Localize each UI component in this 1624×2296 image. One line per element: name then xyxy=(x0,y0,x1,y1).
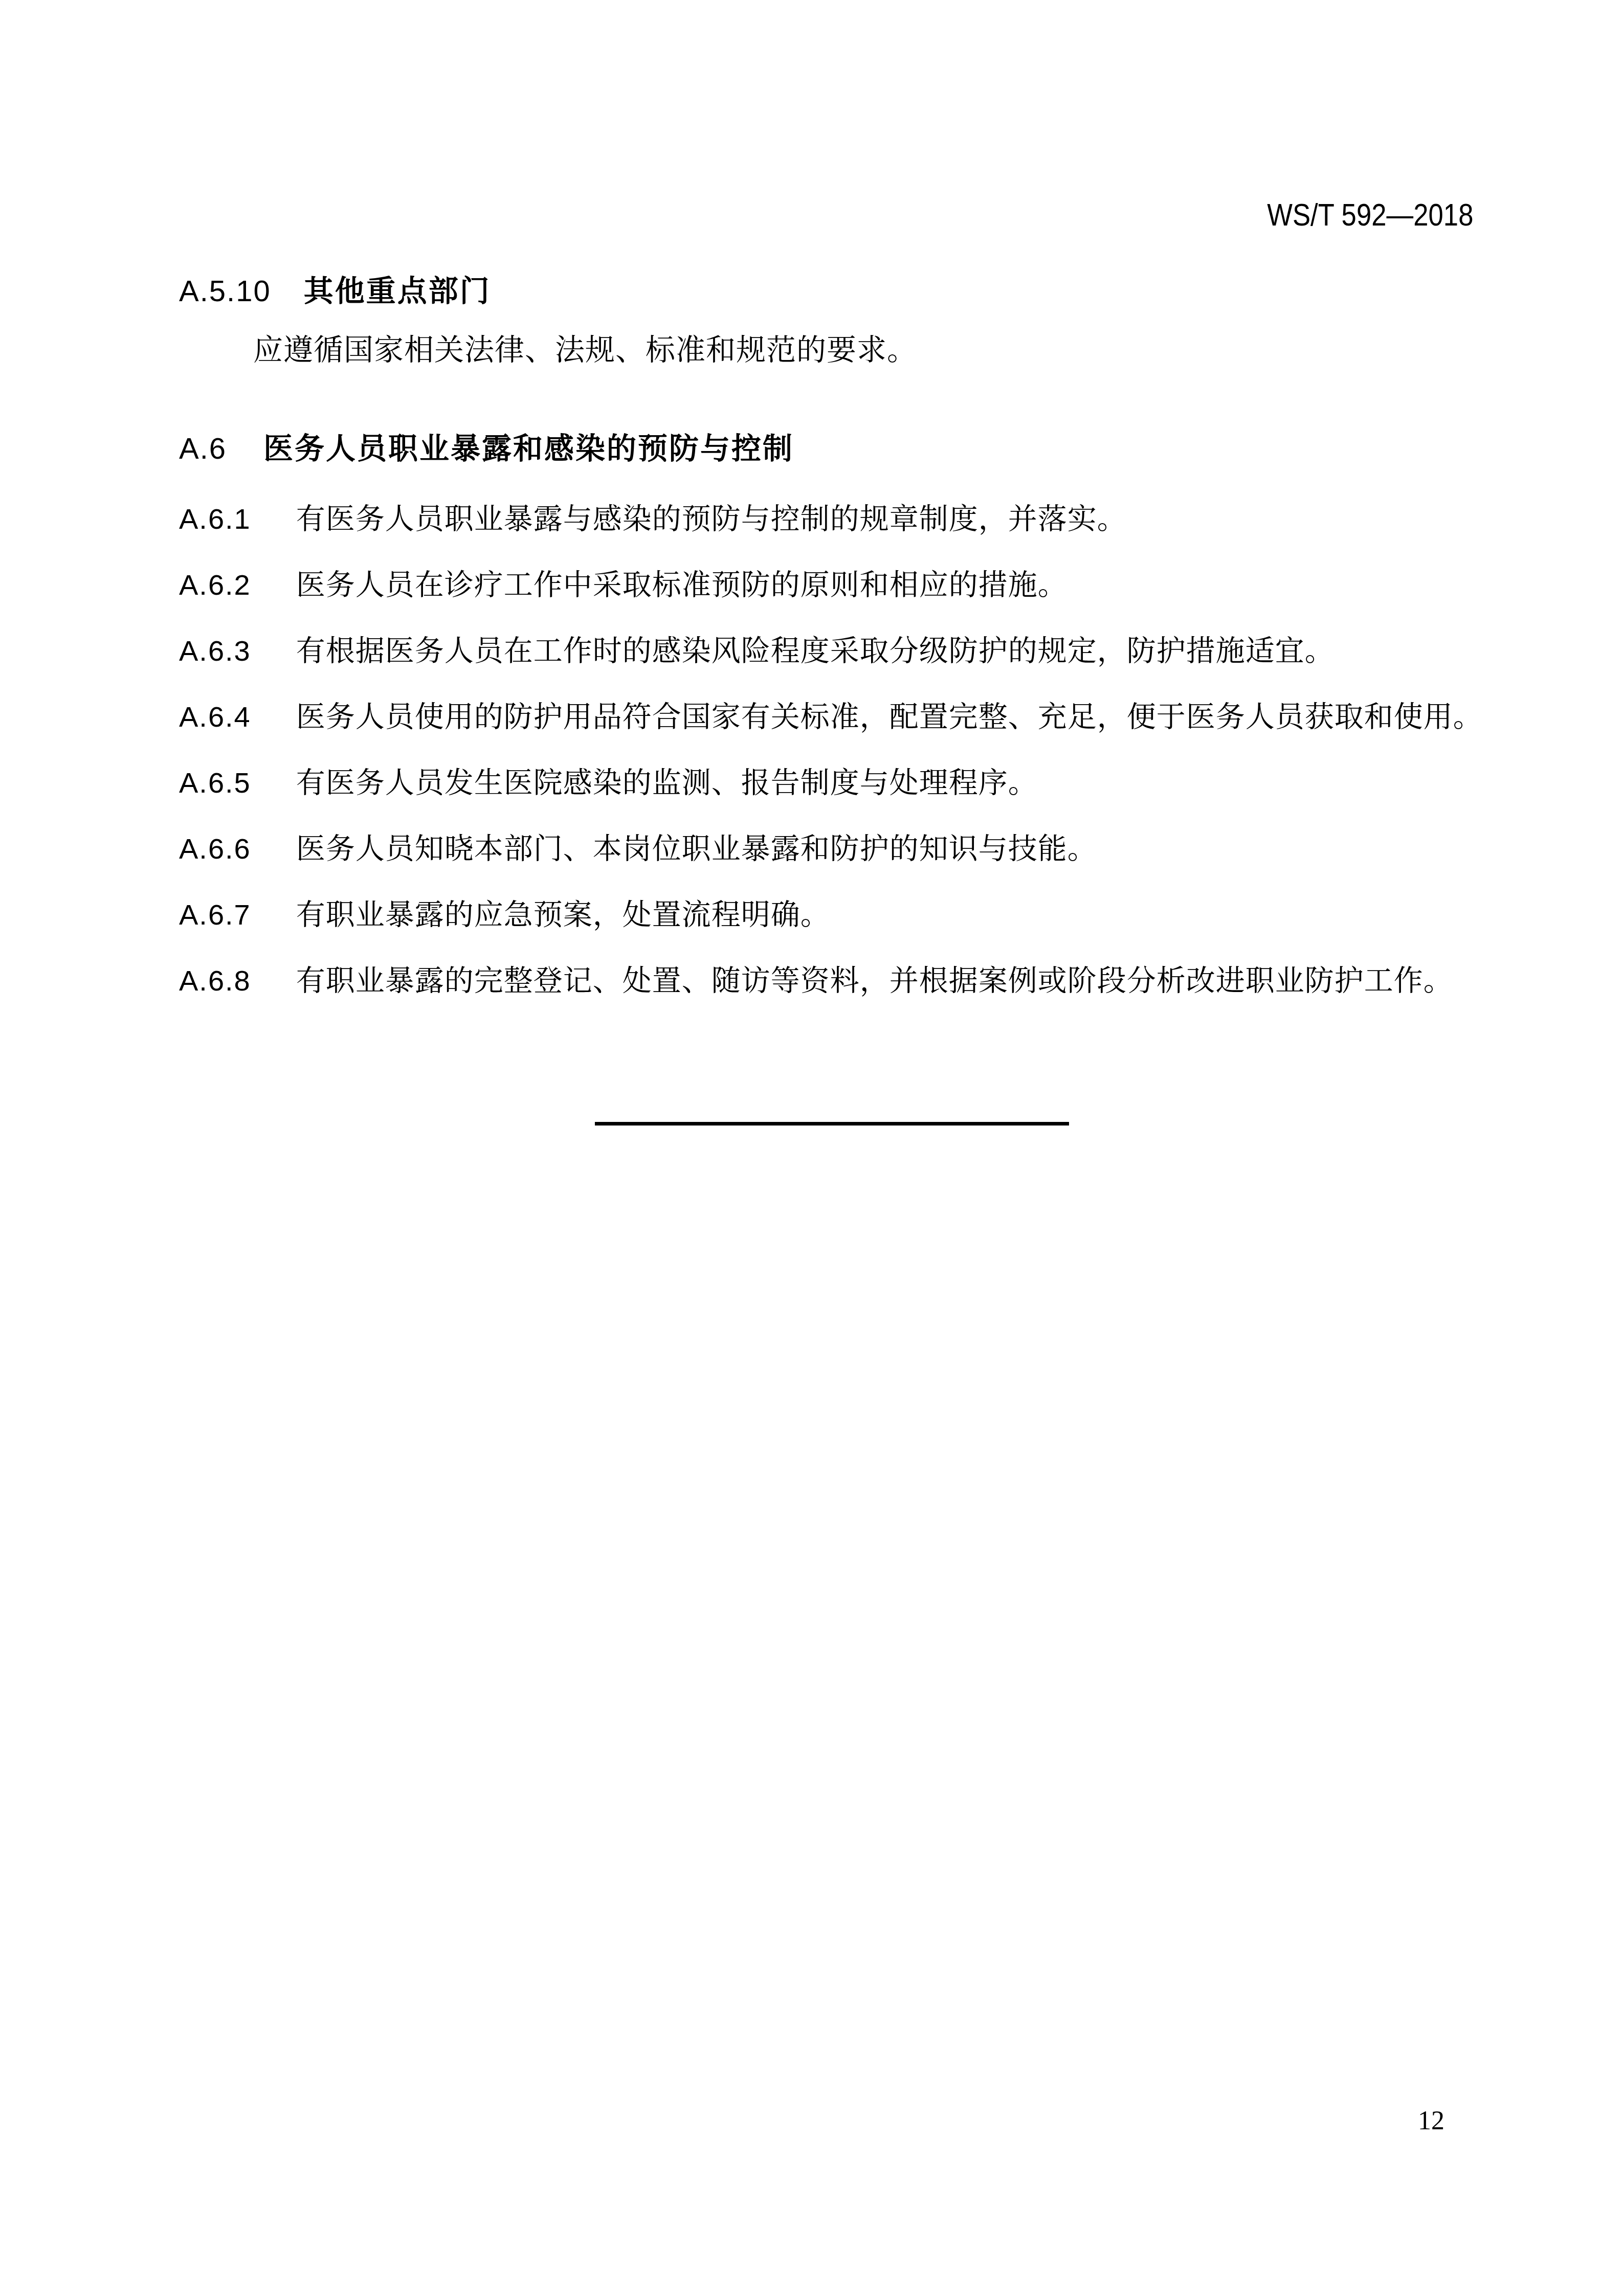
clause-number: A.6.8 xyxy=(179,964,251,998)
clause-row: A.6.1 有医务人员职业暴露与感染的预防与控制的规章制度，并落实。 xyxy=(179,502,1483,536)
clause-list: A.6.1 有医务人员职业暴露与感染的预防与控制的规章制度，并落实。 A.6.2… xyxy=(179,502,1483,998)
document-page: WS/T 592—2018 A.5.10 其他重点部门 应遵循国家相关法律、法规… xyxy=(0,0,1624,2296)
clause-row: A.6.2 医务人员在诊疗工作中采取标准预防的原则和相应的措施。 xyxy=(179,568,1483,602)
clause-text: 医务人员知晓本部门、本岗位职业暴露和防护的知识与技能。 xyxy=(296,832,1097,866)
clause-text: 有职业暴露的应急预案，处置流程明确。 xyxy=(296,898,830,932)
clause-row: A.6.5 有医务人员发生医院感染的监测、报告制度与处理程序。 xyxy=(179,766,1483,800)
section-title: 其他重点部门 xyxy=(304,267,491,310)
clause-text: 医务人员在诊疗工作中采取标准预防的原则和相应的措施。 xyxy=(296,569,1067,602)
clause-row: A.6.4 医务人员使用的防护用品符合国家有关标准，配置完整、充足，便于医务人员… xyxy=(179,700,1483,734)
section-number: A.6 xyxy=(179,432,227,466)
clause-number: A.6.2 xyxy=(179,568,251,602)
section-title: 医务人员职业暴露和感染的预防与控制 xyxy=(263,424,794,467)
clause-number: A.6.5 xyxy=(179,766,251,800)
clause-number: A.6.7 xyxy=(179,898,251,932)
clause-number: A.6.1 xyxy=(179,502,251,536)
end-of-document-divider xyxy=(595,1122,1069,1126)
clause-number: A.6.4 xyxy=(179,700,251,734)
clause-row: A.6.7 有职业暴露的应急预案，处置流程明确。 xyxy=(179,898,1483,932)
clause-text: 有医务人员发生医院感染的监测、报告制度与处理程序。 xyxy=(296,767,1038,800)
clause-number: A.6.6 xyxy=(179,832,251,866)
clause-row: A.6.6 医务人员知晓本部门、本岗位职业暴露和防护的知识与技能。 xyxy=(179,832,1483,866)
page-number: 12 xyxy=(1418,2108,1444,2134)
clause-text: 医务人员使用的防护用品符合国家有关标准，配置完整、充足，便于医务人员获取和使用。 xyxy=(296,701,1483,734)
section-heading-a5-10: A.5.10 其他重点部门 xyxy=(179,267,491,310)
section-number: A.5.10 xyxy=(179,274,271,308)
section-heading-a6: A.6 医务人员职业暴露和感染的预防与控制 xyxy=(179,424,794,467)
clause-text: 有根据医务人员在工作时的感染风险程度采取分级防护的规定，防护措施适宜。 xyxy=(296,635,1334,668)
clause-number: A.6.3 xyxy=(179,634,251,668)
section-a5-10-paragraph: 应遵循国家相关法律、法规、标准和规范的要求。 xyxy=(253,333,917,367)
clause-text: 有医务人员职业暴露与感染的预防与控制的规章制度，并落实。 xyxy=(296,503,1127,536)
clause-row: A.6.3 有根据医务人员在工作时的感染风险程度采取分级防护的规定，防护措施适宜… xyxy=(179,634,1483,668)
clause-row: A.6.8 有职业暴露的完整登记、处置、随访等资料，并根据案例或阶段分析改进职业… xyxy=(179,964,1483,998)
doc-number: WS/T 592—2018 xyxy=(1267,199,1473,231)
clause-text: 有职业暴露的完整登记、处置、随访等资料，并根据案例或阶段分析改进职业防护工作。 xyxy=(296,964,1453,998)
